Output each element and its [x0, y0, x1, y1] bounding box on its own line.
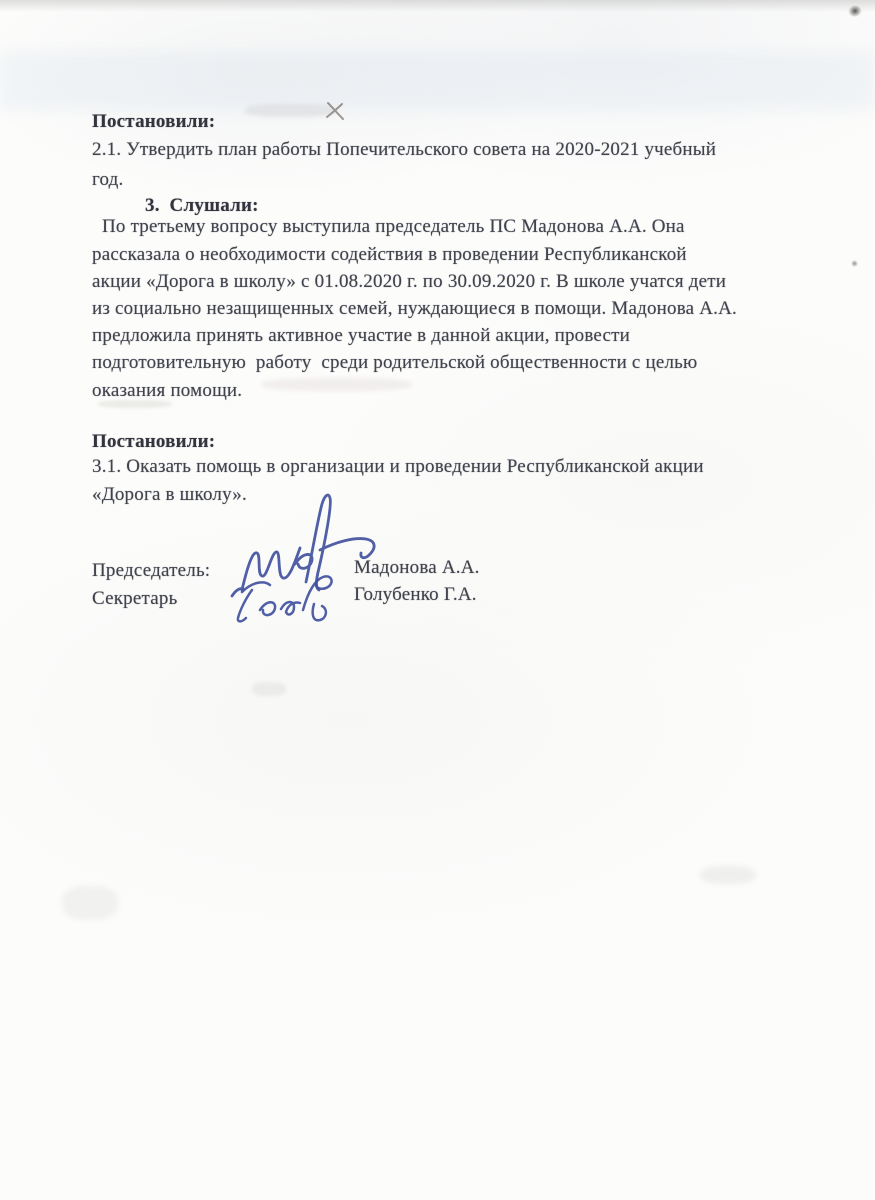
- doc-line: акции «Дорога в школу» с 01.08.2020 г. п…: [92, 270, 726, 293]
- scanned-document-page: Постановили: 2.1. Утвердить план работы …: [0, 0, 875, 1200]
- doc-line: рассказала о необходимости содействия в …: [92, 243, 687, 266]
- pencil-x-mark: [322, 98, 352, 124]
- chairman-signature-ink: [232, 495, 374, 596]
- doc-line: 3.1. Оказать помощь в организации и пров…: [92, 455, 704, 478]
- section-heading-resolved-3: Постановили:: [92, 430, 215, 453]
- signature-role-chairman: Председатель:: [92, 559, 210, 582]
- signatures-ink: [218, 490, 393, 630]
- scan-smudge: [262, 378, 412, 391]
- section-heading-resolved-2: Постановили:: [92, 110, 215, 133]
- scan-light-band: [0, 52, 875, 110]
- scan-smudge: [252, 682, 286, 696]
- scan-smudge: [62, 886, 118, 920]
- doc-line: подготовительную работу среди родительск…: [92, 351, 697, 374]
- doc-line: из социально незащищенных семей, нуждающ…: [92, 297, 737, 320]
- scan-top-edge-shadow: [0, 0, 875, 12]
- doc-line: 2.1. Утвердить план работы Попечительско…: [92, 138, 716, 161]
- doc-line: год.: [92, 168, 124, 191]
- scan-smudge: [700, 866, 756, 884]
- signature-role-secretary: Секретарь: [92, 587, 177, 610]
- doc-line: оказания помощи.: [92, 379, 242, 402]
- scan-ink-dot: [850, 259, 859, 268]
- section-heading-heard-3: 3. Слушали:: [145, 194, 259, 217]
- doc-line: предложила принять активное участие в да…: [92, 324, 630, 347]
- doc-line: По третьему вопросу выступила председате…: [102, 215, 685, 238]
